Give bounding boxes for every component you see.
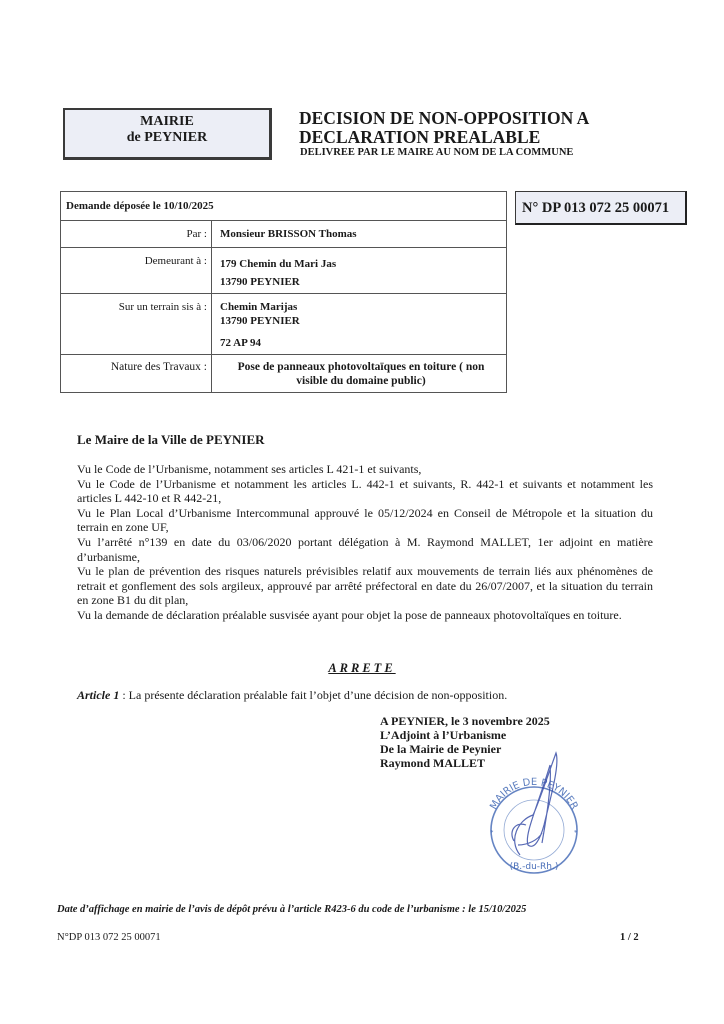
consideration-item: Vu le Code de l’Urbanisme et notamment l… (77, 477, 653, 506)
land-location: Chemin Marijas 13790 PEYNIER 72 AP 94 (212, 294, 507, 355)
title-line2: DECLARATION PREALABLE (299, 128, 589, 147)
land-city: 13790 PEYNIER (220, 314, 506, 328)
request-table: Demande déposée le 10/10/2025 Par : Mons… (60, 191, 507, 393)
article-text: : La présente déclaration préalable fait… (119, 688, 507, 702)
row-label: Nature des Travaux : (61, 355, 212, 393)
signature-date: A PEYNIER, le 3 novembre 2025 (380, 714, 550, 728)
table-row: Sur un terrain sis à : Chemin Marijas 13… (61, 294, 507, 355)
considerations-list: Vu le Code de l’Urbanisme, notamment ses… (77, 462, 653, 623)
mairie-line1: MAIRIE (65, 114, 269, 130)
deposit-date: Demande déposée le 10/10/2025 (61, 192, 507, 221)
mairie-line2: de PEYNIER (65, 130, 269, 146)
consideration-item: Vu le plan de prévention des risques nat… (77, 564, 653, 608)
maire-heading: Le Maire de la Ville de PEYNIER (77, 432, 265, 448)
mairie-box: MAIRIE de PEYNIER (63, 108, 272, 160)
table-row: Nature des Travaux : Pose de panneaux ph… (61, 355, 507, 393)
document-subtitle: DELIVREE PAR LE MAIRE AU NOM DE LA COMMU… (300, 147, 573, 158)
works-nature: Pose de panneaux photovoltaïques en toit… (212, 355, 507, 393)
svg-text:*: * (574, 829, 578, 837)
consideration-item: Vu la demande de déclaration préalable s… (77, 608, 653, 623)
applicant-address: 179 Chemin du Mari Jas 13790 PEYNIER (212, 248, 507, 294)
dp-number-box: N° DP 013 072 25 00071 (515, 191, 687, 225)
article-label: Article 1 (77, 688, 119, 702)
document-title: DECISION DE NON-OPPOSITION A DECLARATION… (299, 109, 589, 147)
svg-text:*: * (490, 829, 494, 837)
cadastral-ref: 72 AP 94 (220, 336, 506, 350)
footer-reference: N°DP 013 072 25 00071 (57, 932, 161, 943)
address-line: 179 Chemin du Mari Jas (220, 255, 506, 273)
row-label: Demeurant à : (61, 248, 212, 294)
consideration-item: Vu le Code de l’Urbanisme, notamment ses… (77, 462, 653, 477)
official-stamp-icon: MAIRIE DE PEYNIER (B.-du-Rh.) * * (478, 745, 588, 875)
title-line1: DECISION DE NON-OPPOSITION A (299, 109, 589, 128)
consideration-item: Vu l’arrêté n°139 en date du 03/06/2020 … (77, 535, 653, 564)
arrete-heading: ARRETE (0, 661, 724, 676)
address-line: 13790 PEYNIER (220, 273, 506, 291)
land-street: Chemin Marijas (220, 300, 506, 314)
svg-text:MAIRIE DE PEYNIER: MAIRIE DE PEYNIER (488, 777, 579, 812)
consideration-item: Vu le Plan Local d’Urbanisme Intercommun… (77, 506, 653, 535)
page-number: 1 / 2 (620, 932, 639, 943)
row-label: Sur un terrain sis à : (61, 294, 212, 355)
signature-role: L’Adjoint à l’Urbanisme (380, 728, 550, 742)
table-row: Par : Monsieur BRISSON Thomas (61, 221, 507, 248)
applicant-name: Monsieur BRISSON Thomas (212, 221, 507, 248)
stamp-top-text: MAIRIE DE PEYNIER (488, 777, 579, 812)
stamp-bottom-text: (B.-du-Rh.) (510, 862, 559, 872)
table-row: Demeurant à : 179 Chemin du Mari Jas 137… (61, 248, 507, 294)
article-1: Article 1 : La présente déclaration préa… (77, 688, 507, 703)
row-label: Par : (61, 221, 212, 248)
posting-date-note: Date d’affichage en mairie de l’avis de … (57, 904, 526, 915)
